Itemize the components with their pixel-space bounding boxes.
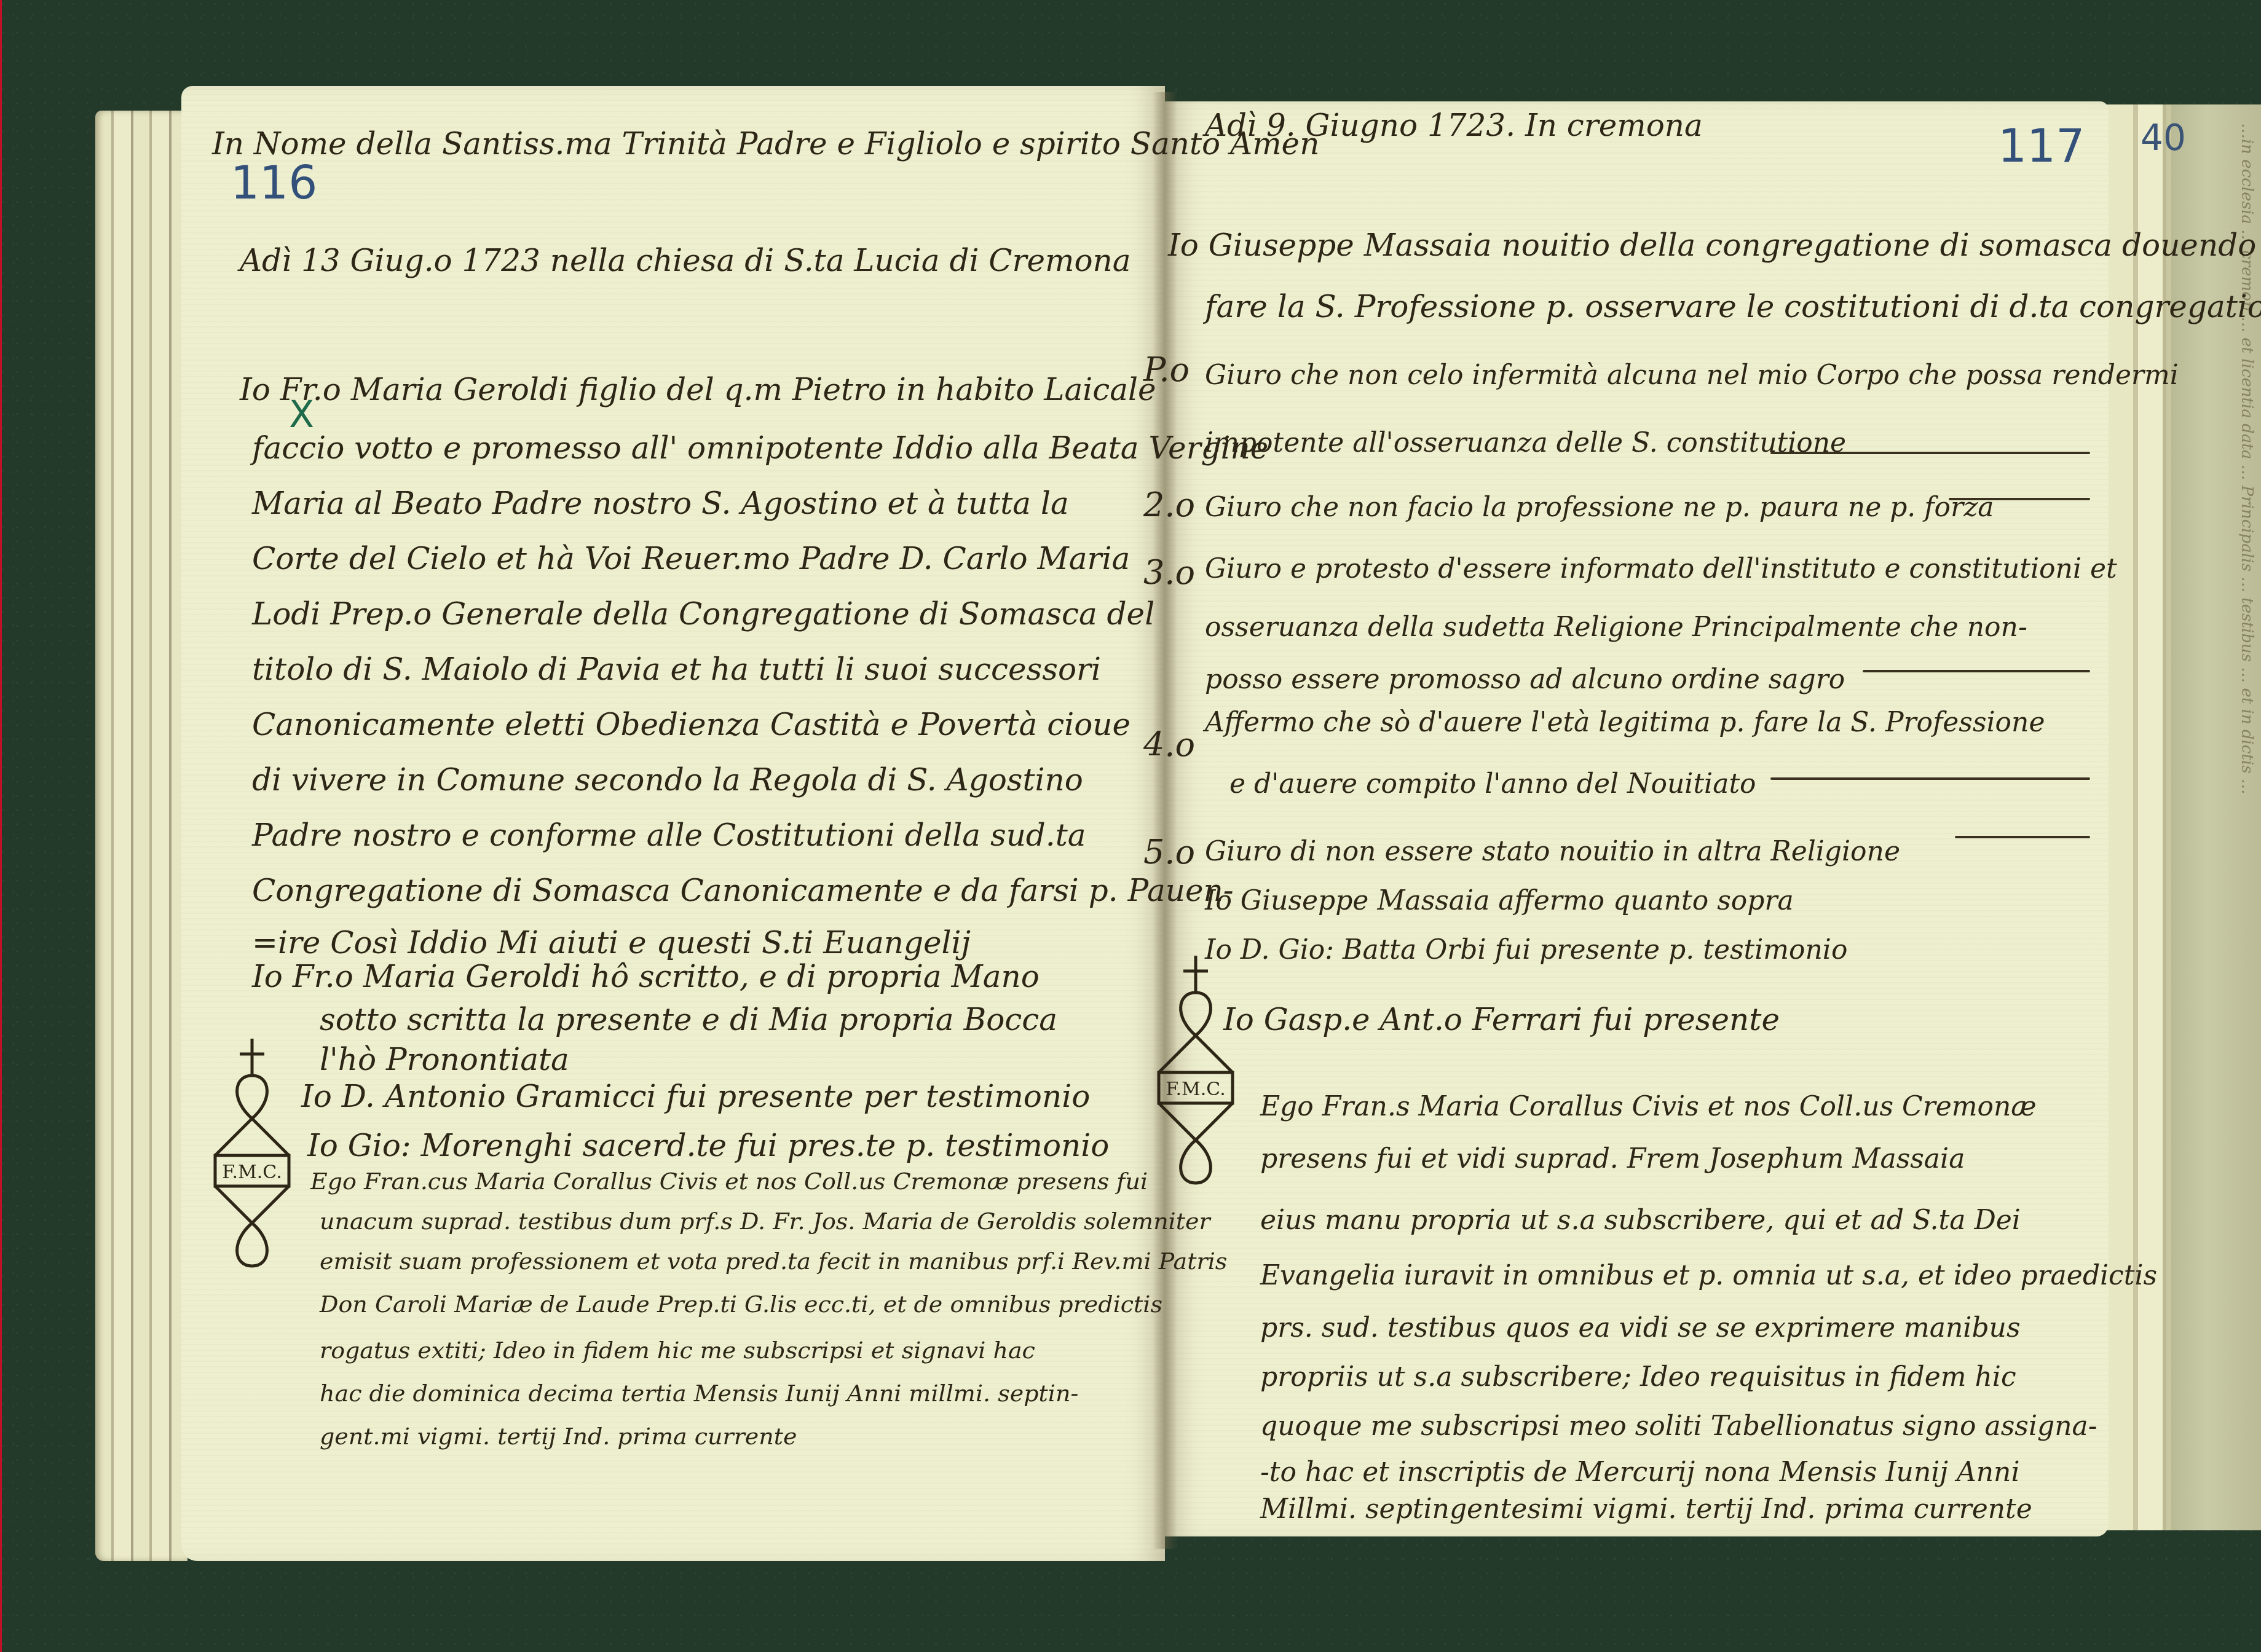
signature-line: Io D. Antonio Gramicci fui presente per … — [301, 1079, 1090, 1114]
attestation-line: Evangelia iuravit in omnibus et p. omnia… — [1260, 1260, 2157, 1291]
left-invocation: In Nome della Santiss.ma Trinità Padre e… — [212, 126, 1319, 162]
oath-line: Giuro di non essere stato nouitio in alt… — [1205, 836, 1900, 867]
attestation-line: eius manu propria ut s.a subscribere, qu… — [1260, 1205, 2021, 1236]
signature-line: Io Gio: Morenghi sacerd.te fui pres.te p… — [307, 1128, 1109, 1163]
vertical-faded-script: …in ecclesia … cremon … et licentia data… — [2176, 123, 2256, 1475]
oath-rule — [1955, 836, 2090, 838]
oath-rule — [1949, 498, 2090, 500]
notary-seal-icon: F.M.C. — [1140, 950, 1251, 1208]
attestation-line: emisit suam professionem et vota pred.ta… — [320, 1248, 1227, 1275]
oath-line: Affermo che sò d'auere l'età legitima p.… — [1205, 707, 2045, 738]
oath-line: e d'auere compito l'anno del Nouitiato — [1229, 768, 1756, 800]
oath-numeral: 2.o — [1143, 486, 1195, 524]
oath-line: posso essere promosso ad alcuno ordine s… — [1205, 664, 1845, 695]
vow-line: =ire Così Iddio Mi aiuti e questi S.ti E… — [252, 925, 971, 961]
intro-line: Io Giuseppe Massaia nouitio della congre… — [1168, 227, 2256, 263]
vow-line: Corte del Cielo et hà Voi Reuer.mo Padre… — [252, 541, 1130, 576]
oath-line: Giuro e protesto d'essere informato dell… — [1205, 553, 2117, 584]
notary-seal-right: F.M.C. — [1140, 950, 1251, 1208]
oath-numeral: P.o — [1143, 350, 1190, 389]
signature-line: sotto scritta la presente e di Mia propr… — [320, 1002, 1057, 1037]
oath-rule — [1770, 777, 2090, 780]
attestation-line: Millmi. septingentesimi vigmi. tertij In… — [1260, 1493, 2032, 1525]
vow-line: Lodi Prep.o Generale della Congregatione… — [252, 596, 1154, 632]
oath-numeral: 3.o — [1143, 553, 1195, 592]
oath-line: osseruanza della sudetta Religione Princ… — [1205, 612, 2027, 643]
vow-line: Canonicamente eletti Obedienza Castità e… — [252, 707, 1130, 742]
notary-seal-icon: F.M.C. — [197, 1032, 307, 1291]
oath-numeral: 4.o — [1143, 725, 1195, 764]
oath-rule — [1770, 452, 2090, 454]
vow-line: titolo di S. Maiolo di Pavia et ha tutti… — [252, 651, 1101, 687]
vow-line: Io Fr.o Maria Geroldi figlio del q.m Pie… — [240, 372, 1156, 407]
right-dateline: Adì 9. Giugno 1723. In cremona — [1205, 108, 1703, 143]
attestation-line: rogatus extiti; Ideo in fidem hic me sub… — [320, 1337, 1035, 1364]
vow-line: Padre nostro e conforme alle Costitution… — [252, 817, 1086, 853]
svg-text:F.M.C.: F.M.C. — [222, 1162, 282, 1183]
right-folio-number: 117 — [1998, 120, 2085, 173]
attestation-line: gent.mi vigmi. tertij Ind. prima current… — [320, 1423, 797, 1450]
attestation-line: Ego Fran.s Maria Corallus Civis et nos C… — [1260, 1091, 2037, 1122]
notary-seal-left: F.M.C. — [197, 1032, 307, 1291]
left-folio-number: 116 — [231, 157, 317, 210]
vow-line: di vivere in Comune secondo la Regola di… — [252, 762, 1083, 798]
attestation-line: propriis ut s.a subscribere; Ideo requis… — [1260, 1361, 2016, 1393]
signature-line: l'hò Pronontiata — [320, 1042, 569, 1077]
oath-line: Giuro che non facio la professione ne p.… — [1205, 492, 1994, 523]
oath-numeral: 5.o — [1143, 833, 1195, 871]
attestation-line: hac die dominica decima tertia Mensis Iu… — [320, 1380, 1078, 1407]
scan-edge-marker — [0, 0, 2, 1652]
left-page-stack-edges — [95, 111, 187, 1561]
signature-line: Io Gasp.e Ant.o Ferrari fui presente — [1223, 1002, 1780, 1037]
attestation-line: -to hac et inscriptis de Mercurij nona M… — [1260, 1457, 2020, 1488]
oath-line: impotente all'osseruanza delle S. consti… — [1205, 427, 1846, 458]
signature-line: Io D. Gio: Batta Orbi fui presente p. te… — [1205, 934, 1847, 966]
attestation-line: Don Caroli Mariæ de Laude Prep.ti G.lis … — [320, 1291, 1162, 1318]
oath-rule — [1863, 670, 2090, 672]
attestation-line: Ego Fran.cus Maria Corallus Civis et nos… — [310, 1168, 1148, 1195]
vow-line: Maria al Beato Padre nostro S. Agostino … — [252, 486, 1069, 521]
oath-line: Giuro che non celo infermità alcuna nel … — [1205, 360, 2179, 391]
attestation-line: quoque me subscripsi meo soliti Tabellio… — [1260, 1410, 2097, 1442]
signature-line: Io Giuseppe Massaia affermo quanto sopra — [1205, 885, 1794, 916]
left-dateline: Adì 13 Giug.o 1723 nella chiesa di S.ta … — [240, 243, 1131, 278]
svg-text:F.M.C.: F.M.C. — [1166, 1079, 1225, 1100]
book-gutter — [1153, 92, 1177, 1549]
attestation-line: unacum suprad. testibus dum prf.s D. Fr.… — [320, 1208, 1210, 1235]
intro-line: fare la S. Professione p. osservare le c… — [1205, 289, 2261, 324]
vow-line: Congregatione di Somasca Canonicamente e… — [252, 873, 1234, 908]
vow-line: faccio votto e promesso all' omnipotente… — [252, 430, 1268, 466]
signature-line: Io Fr.o Maria Geroldi hô scritto, e di p… — [252, 959, 1040, 994]
attestation-line: presens fui et vidi suprad. Frem Josephu… — [1260, 1143, 1965, 1174]
attestation-line: prs. sud. testibus quos ea vidi se se ex… — [1260, 1312, 2021, 1343]
